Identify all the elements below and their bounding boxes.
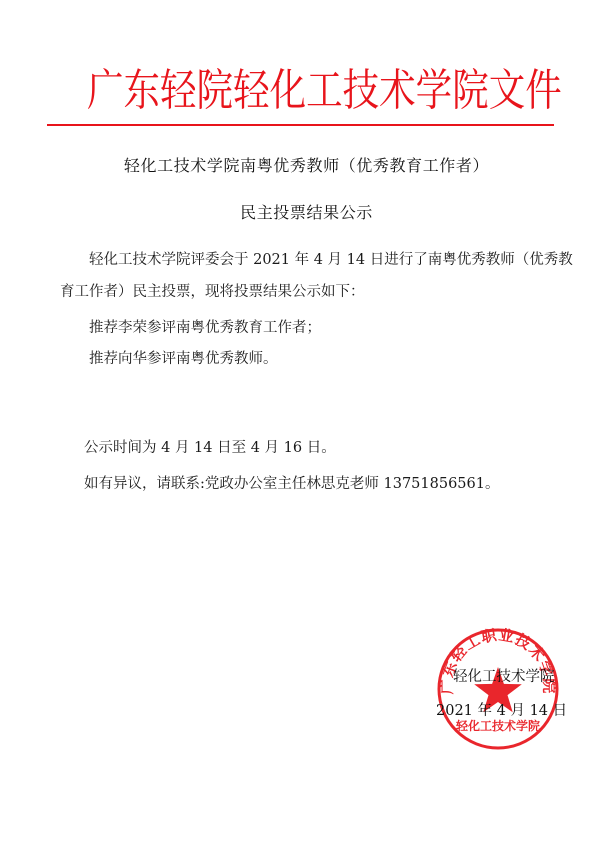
- intro-paragraph-line-1: 轻化工技术学院评委会于 2021 年 4 月 14 日进行了南粤优秀教师（优秀教: [89, 248, 585, 269]
- contact-info: 如有异议，请联系:党政办公室主任林思克老师 13751856561。: [84, 472, 580, 493]
- official-seal-icon: 广东轻工职业技术学院 轻化工技术学院: [436, 627, 560, 751]
- recommendation-1: 推荐李荣参评南粤优秀教育工作者；: [89, 316, 585, 337]
- document-title: 轻化工技术学院南粤优秀教师（优秀教育工作者）: [0, 153, 613, 176]
- signature-organization: 轻化工技术学院: [453, 665, 555, 686]
- seal-inner-text: 轻化工技术学院: [455, 718, 541, 733]
- recommendation-2: 推荐向华参评南粤优秀教师。: [89, 347, 585, 368]
- masthead: 广东轻院轻化工技术学院文件: [87, 62, 527, 120]
- masthead-title: 广东轻院轻化工技术学院文件: [87, 62, 562, 120]
- document-page: 广东轻院轻化工技术学院文件 轻化工技术学院南粤优秀教师（优秀教育工作者） 民主投…: [0, 0, 613, 859]
- intro-paragraph-line-2: 育工作者）民主投票，现将投票结果公示如下：: [60, 280, 556, 301]
- document-subtitle: 民主投票结果公示: [0, 200, 613, 223]
- publicity-period: 公示时间为 4 月 14 日至 4 月 16 日。: [84, 436, 580, 457]
- signature-date: 2021 年 4 月 14 日: [436, 699, 567, 720]
- masthead-red-rule: [47, 124, 554, 126]
